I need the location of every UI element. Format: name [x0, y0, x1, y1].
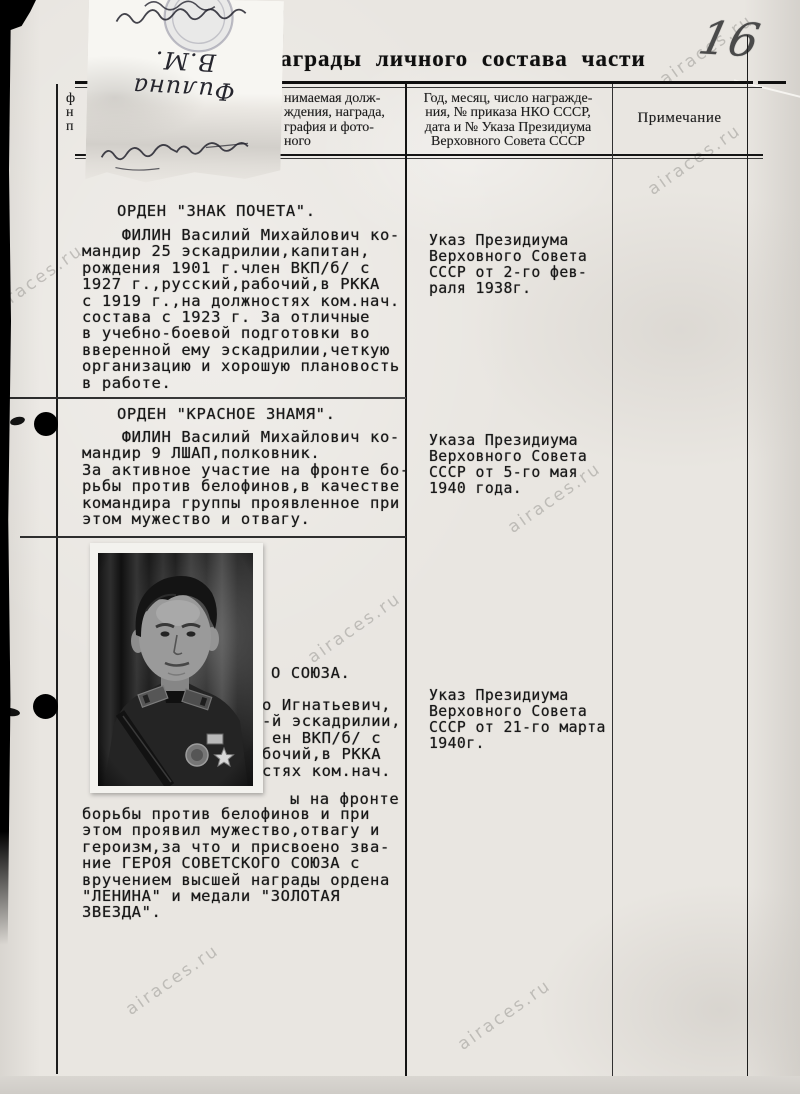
header-col1-fragments: ф н п — [66, 92, 75, 134]
scan-edge-strip — [0, 0, 11, 945]
entry3-description-fragment: о Игнатьевич, -й эскадрилии, ен ВКП/б/ с… — [262, 697, 412, 779]
entry2-decree: Указа Президиума Верховного Совета СССР … — [429, 433, 609, 497]
entry2-description: ФИЛИН Василий Михайлович ко- мандир 9 ЛШ… — [82, 429, 422, 527]
entry3-continuation: борьбы против белофинов и при этом прояв… — [82, 806, 422, 921]
handwritten-scribble-bottom — [102, 140, 248, 162]
punch-hole — [34, 412, 58, 436]
entry2-order-heading: ОРДЕН "КРАСНОЕ ЗНАМЯ". — [117, 406, 336, 422]
entry1-decree: Указ Президиума Верховного Совета СССР о… — [429, 233, 609, 297]
watermark: airaces.ru — [304, 588, 405, 667]
portrait-illustration — [98, 553, 253, 786]
header-col3: Год, месяц, число награжде- ния, № прика… — [408, 92, 608, 150]
watermark: airaces.ru — [644, 120, 745, 199]
handwritten-name: Филина В.М. — [98, 42, 271, 107]
ink-blot — [9, 415, 25, 426]
header-top-rule-dash — [758, 81, 786, 84]
page-title: награды личного состава части — [266, 46, 646, 72]
watermark: airaces.ru — [454, 975, 555, 1054]
watermark: airaces.ru — [122, 940, 223, 1019]
punch-hole — [33, 694, 58, 719]
page-number: 16 — [694, 11, 765, 67]
header-col2: нимаемая долж- ждения, награда, графия и… — [284, 92, 385, 150]
entry1-order-heading: ОРДЕН "ЗНАК ПОЧЕТА". — [117, 203, 316, 219]
scanned-document-page: airaces.ru airaces.ru airaces.ru airaces… — [0, 0, 800, 1094]
attached-note-slip: Филина В.М. — [85, 0, 284, 187]
entry3-decree: Указ Президиума Верховного Совета СССР о… — [429, 688, 614, 752]
portrait-photo — [98, 553, 253, 786]
table-left-border — [56, 84, 58, 1074]
entry1-description: ФИЛИН Василий Михайлович ко- мандир 25 э… — [82, 227, 414, 391]
row-divider — [20, 536, 406, 538]
watermark: airaces.ru — [0, 240, 87, 319]
table-right-border — [747, 35, 749, 1080]
entry3-order-fragment: О СОЮЗА. — [271, 665, 350, 681]
header-col4: Примечание — [613, 111, 746, 125]
scan-bottom-band — [0, 1076, 800, 1094]
scan-corner-blob — [0, 0, 36, 31]
column-divider-2 — [612, 84, 614, 1078]
portrait-photo-mount — [90, 543, 263, 793]
row-divider — [8, 397, 406, 399]
